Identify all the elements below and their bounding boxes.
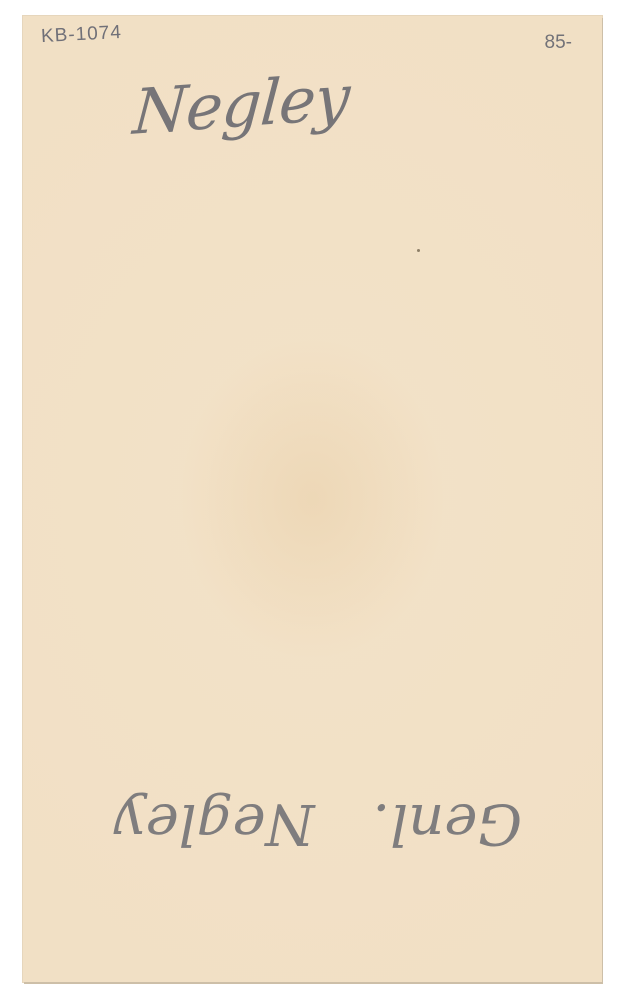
upside-down-inscription: Genl. Negley [108,791,528,856]
paper-speck [417,249,420,252]
name-inscription: Negley [131,60,352,149]
price-notation: 85- [545,32,572,54]
card-verso: KB-1074 85- Negley Genl. Negley [23,16,602,982]
catalog-number: KB-1074 [40,22,122,48]
